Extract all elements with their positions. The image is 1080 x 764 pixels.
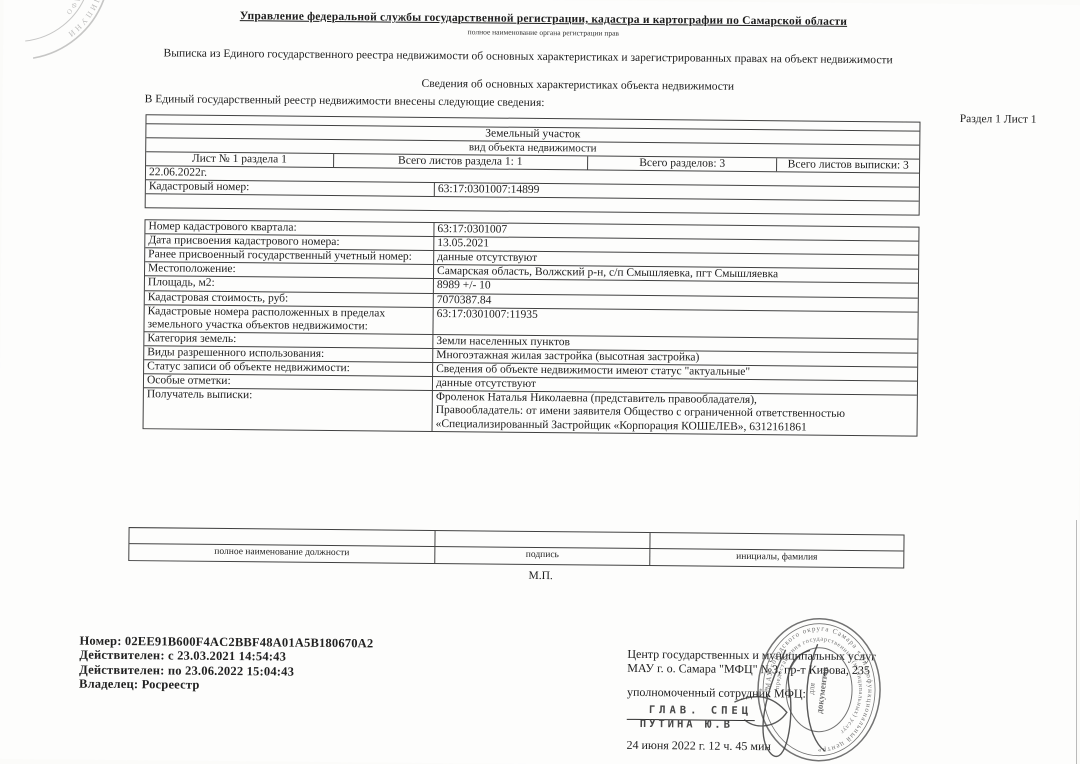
value-cell: Фроленок Наталья Николаевна (представите… [432,391,917,435]
sheet-number-cell: Лист № 1 раздела 1 [146,152,333,167]
seal-mark: М.П. [433,569,648,583]
label-cell: Получатель выписки: [144,389,432,431]
initials-caption: инициалы, фамилия [649,549,903,567]
signature-stroke [763,650,810,757]
section-heading: Сведения об основных характеристиках объ… [73,75,1080,97]
label-cell: Статус записи об объекте недвижимости: [144,360,432,376]
esign-owner: Владелец: Росреестр [79,677,373,694]
total-sheets-cell: Всего листов выписки: 3 [776,158,919,172]
label-cell: Номер кадастрового квартала: [145,220,433,236]
section-sheet-label: Раздел 1 Лист 1 [960,113,1037,126]
object-summary-table: Земельный участок вид объекта недвижимос… [145,114,921,215]
corner-stamp-fragment: ШИПУНИ НАФО [3,0,134,101]
total-sections-cell: Всего разделов: 3 [587,156,777,171]
label-cell: Кадастровые номера расположенных в преде… [144,305,432,334]
label-cell: Дата присвоения кадастрового номера: [145,234,433,250]
signature-strokes [676,631,937,764]
object-details-table: Номер кадастрового квартала: 63:17:03010… [143,219,920,436]
position-caption: полное наименование должности [129,544,434,563]
table-row: Получатель выписки: Фроленок Наталья Ник… [144,388,917,436]
label-cell: Площадь, м2: [145,277,433,293]
label-cell: Ранее присвоенный государственный учетны… [145,248,433,264]
signature-stroke [806,645,825,751]
signature-caption: подпись [434,547,649,565]
label-cell: Кадастровая стоимость, руб: [145,291,433,307]
label-cell: Виды разрешенного использования: [144,346,432,362]
label-cell: Местоположение: [145,263,433,279]
esign-info-block: Номер: 02EE91B600F4AC2BBF48A01A5B180670A… [79,634,373,694]
document-page: Управление федеральной службы государств… [0,0,1080,764]
intro-line: В Единый государственный реестр недвижим… [145,93,545,109]
sheets-in-section-cell: Всего листов раздела 1: 1 [333,154,587,170]
signature-table: полное наименование должности подпись ин… [128,527,904,568]
value-cell: 63:17:0301007:11935 [432,308,917,339]
label-cell: Категория земель: [144,332,432,348]
cadastral-number-label: Кадастровый номер: [146,180,434,196]
document-title: Выписка из Единого государственного реес… [123,47,933,67]
scan-edge-line [1076,520,1078,764]
label-cell: Особые отметки: [144,374,432,390]
signature-stroke [735,696,787,726]
